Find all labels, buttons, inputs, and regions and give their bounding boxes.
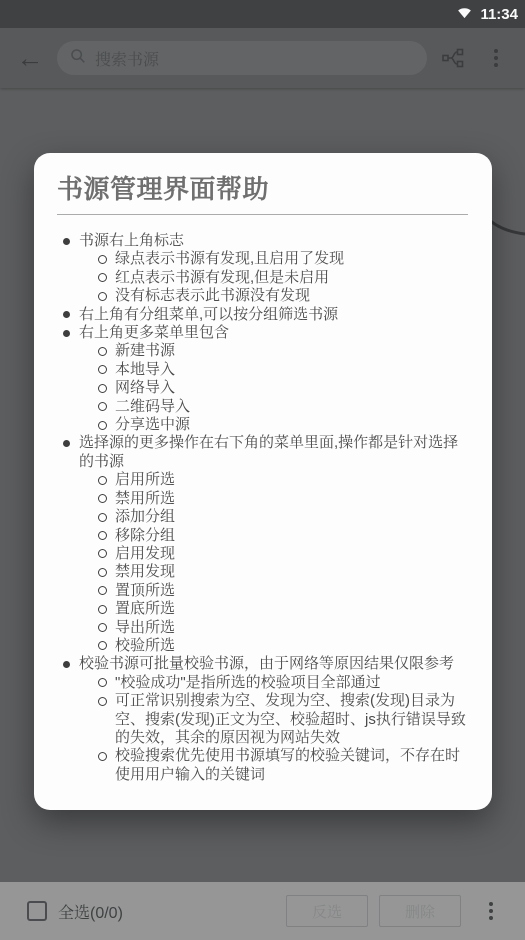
help-subitem: 分享选中源	[57, 416, 468, 434]
circle-icon	[98, 287, 115, 305]
help-item: 选择源的更多操作在右下角的菜单里面,操作都是针对选择的书源	[57, 434, 468, 471]
help-subitem: 红点表示书源有发现,但是未启用	[57, 269, 468, 287]
circle-icon	[98, 508, 115, 526]
circle-icon	[98, 527, 115, 545]
circle-icon	[98, 342, 115, 360]
help-subitem-text: "校验成功"是指所选的校验项目全部通过	[115, 674, 468, 692]
help-subitem-text: 移除分组	[115, 527, 468, 545]
circle-icon	[98, 692, 115, 747]
dialog-title: 书源管理界面帮助	[57, 173, 468, 205]
circle-icon	[98, 582, 115, 600]
help-subitem-text: 添加分组	[115, 508, 468, 526]
help-subitem-text: 新建书源	[115, 342, 468, 360]
circle-icon	[98, 471, 115, 489]
title-divider	[57, 214, 468, 215]
help-subitem-text: 校验所选	[115, 637, 468, 655]
help-subitem: 导出所选	[57, 619, 468, 637]
help-dialog: 书源管理界面帮助 书源右上角标志绿点表示书源有发现,且启用了发现红点表示书源有发…	[34, 153, 492, 810]
circle-icon	[98, 600, 115, 618]
help-subitem-text: 禁用所选	[115, 490, 468, 508]
help-subitem: 校验所选	[57, 637, 468, 655]
help-item-text: 校验书源可批量校验书源，由于网络等原因结果仅限参考	[79, 655, 468, 673]
circle-icon	[98, 545, 115, 563]
help-subitem-text: 校验搜索优先使用书源填写的校验关键词，不存在时使用用户输入的关键词	[115, 747, 468, 784]
help-subitem: 置底所选	[57, 600, 468, 618]
circle-icon	[98, 747, 115, 784]
help-subitem: 网络导入	[57, 379, 468, 397]
bullet-icon	[63, 655, 79, 673]
help-subitem-text: 导出所选	[115, 619, 468, 637]
help-item: 右上角有分组菜单,可以按分组筛选书源	[57, 306, 468, 324]
help-subitem: 校验搜索优先使用书源填写的校验关键词，不存在时使用用户输入的关键词	[57, 747, 468, 784]
help-subitem: 禁用所选	[57, 490, 468, 508]
help-item-text: 选择源的更多操作在右下角的菜单里面,操作都是针对选择的书源	[79, 434, 468, 471]
wifi-icon	[456, 4, 473, 25]
screen: 11:34 ← 搜索书源	[0, 0, 525, 940]
help-subitem: 可正常识别搜索为空、发现为空、搜索(发现)目录为空、搜索(发现)正文为空、校验超…	[57, 692, 468, 747]
circle-icon	[98, 250, 115, 268]
help-subitem: 禁用发现	[57, 563, 468, 581]
help-item-text: 右上角更多菜单里包含	[79, 324, 468, 342]
help-subitem-text: 本地导入	[115, 361, 468, 379]
help-subitem: 新建书源	[57, 342, 468, 360]
help-dialog-content[interactable]: 书源管理界面帮助 书源右上角标志绿点表示书源有发现,且启用了发现红点表示书源有发…	[34, 153, 492, 800]
status-time: 11:34	[480, 6, 518, 23]
help-subitem-text: 启用所选	[115, 471, 468, 489]
help-subitem-text: 没有标志表示此书源没有发现	[115, 287, 468, 305]
help-subitem: "校验成功"是指所选的校验项目全部通过	[57, 674, 468, 692]
help-subitem: 移除分组	[57, 527, 468, 545]
circle-icon	[98, 269, 115, 287]
help-item: 右上角更多菜单里包含	[57, 324, 468, 342]
help-subitem-text: 置底所选	[115, 600, 468, 618]
bullet-icon	[63, 306, 79, 324]
help-subitem: 二维码导入	[57, 398, 468, 416]
help-item-text: 右上角有分组菜单,可以按分组筛选书源	[79, 306, 468, 324]
help-subitem-text: 绿点表示书源有发现,且启用了发现	[115, 250, 468, 268]
help-subitem: 启用所选	[57, 471, 468, 489]
help-subitem: 启用发现	[57, 545, 468, 563]
bullet-icon	[63, 232, 79, 250]
help-subitem: 本地导入	[57, 361, 468, 379]
help-subitem: 没有标志表示此书源没有发现	[57, 287, 468, 305]
help-subitem-text: 启用发现	[115, 545, 468, 563]
help-subitem: 添加分组	[57, 508, 468, 526]
circle-icon	[98, 563, 115, 581]
help-list: 书源右上角标志绿点表示书源有发现,且启用了发现红点表示书源有发现,但是未启用没有…	[57, 232, 468, 784]
bullet-icon	[63, 434, 79, 471]
status-bar: 11:34	[0, 0, 525, 28]
help-subitem-text: 网络导入	[115, 379, 468, 397]
help-subitem-text: 置顶所选	[115, 582, 468, 600]
circle-icon	[98, 490, 115, 508]
circle-icon	[98, 416, 115, 434]
help-subitem-text: 红点表示书源有发现,但是未启用	[115, 269, 468, 287]
circle-icon	[98, 637, 115, 655]
help-subitem-text: 禁用发现	[115, 563, 468, 581]
circle-icon	[98, 361, 115, 379]
bullet-icon	[63, 324, 79, 342]
help-item: 校验书源可批量校验书源，由于网络等原因结果仅限参考	[57, 655, 468, 673]
help-item: 书源右上角标志	[57, 232, 468, 250]
circle-icon	[98, 379, 115, 397]
circle-icon	[98, 398, 115, 416]
help-subitem: 绿点表示书源有发现,且启用了发现	[57, 250, 468, 268]
circle-icon	[98, 674, 115, 692]
circle-icon	[98, 619, 115, 637]
help-subitem-text: 二维码导入	[115, 398, 468, 416]
help-item-text: 书源右上角标志	[79, 232, 468, 250]
help-subitem-text: 可正常识别搜索为空、发现为空、搜索(发现)目录为空、搜索(发现)正文为空、校验超…	[115, 692, 468, 747]
help-subitem: 置顶所选	[57, 582, 468, 600]
help-subitem-text: 分享选中源	[115, 416, 468, 434]
